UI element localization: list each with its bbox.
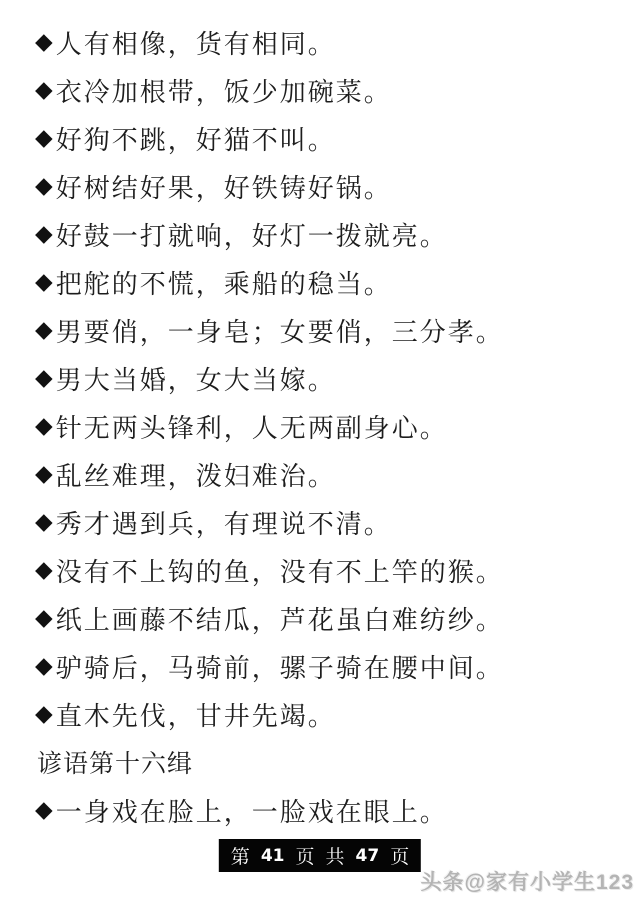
- proverb-text: 乱丝难理，泼妇难治。: [56, 456, 336, 493]
- proverb-text: 把舵的不慌，乘船的稳当。: [56, 264, 392, 301]
- proverb-text: 一身戏在脸上，一脸戏在眼上。: [56, 792, 448, 829]
- proverb-line: ◆ 好狗不跳，好猫不叫。: [35, 114, 630, 162]
- diamond-bullet-icon: ◆: [35, 415, 53, 438]
- proverb-line: ◆ 没有不上钩的鱼，没有不上竿的猴。: [35, 546, 630, 594]
- proverb-text: 好鼓一打就响，好灯一拨就亮。: [56, 216, 448, 253]
- page-indicator: 第 41 页 共 47 页: [219, 839, 421, 872]
- diamond-bullet-icon: ◆: [35, 463, 53, 486]
- current-page-number: 41: [261, 846, 285, 866]
- page-indicator-label: 第: [231, 842, 250, 869]
- proverb-text: 秀才遇到兵，有理说不清。: [56, 504, 392, 541]
- proverb-text: 好狗不跳，好猫不叫。: [56, 120, 336, 157]
- diamond-bullet-icon: ◆: [35, 127, 53, 150]
- diamond-bullet-icon: ◆: [35, 703, 53, 726]
- page-indicator-label: 页: [390, 842, 409, 869]
- proverb-line: ◆ 针无两头锋利，人无两副身心。: [35, 402, 630, 450]
- proverb-line: ◆ 衣冷加根带，饭少加碗菜。: [35, 66, 630, 114]
- proverb-text: 驴骑后，马骑前，骡子骑在腰中间。: [56, 648, 504, 685]
- diamond-bullet-icon: ◆: [35, 319, 53, 342]
- diamond-bullet-icon: ◆: [35, 31, 53, 54]
- document-page: ◆ 人有相像，货有相同。 ◆ 衣冷加根带，饭少加碗菜。 ◆ 好狗不跳，好猫不叫。…: [0, 0, 640, 905]
- proverb-text: 衣冷加根带，饭少加碗菜。: [56, 72, 392, 109]
- diamond-bullet-icon: ◆: [35, 79, 53, 102]
- diamond-bullet-icon: ◆: [35, 271, 53, 294]
- page-indicator-label: 共: [326, 842, 345, 869]
- diamond-bullet-icon: ◆: [35, 559, 53, 582]
- page-indicator-label: 页: [295, 842, 314, 869]
- proverb-line: ◆ 好树结好果，好铁铸好锅。: [35, 162, 630, 210]
- diamond-bullet-icon: ◆: [35, 367, 53, 390]
- proverb-line: ◆ 纸上画藤不结瓜，芦花虽白难纺纱。: [35, 594, 630, 642]
- proverb-text: 针无两头锋利，人无两副身心。: [56, 408, 448, 445]
- diamond-bullet-icon: ◆: [35, 607, 53, 630]
- diamond-bullet-icon: ◆: [35, 511, 53, 534]
- watermark: 头条@家有小学生123: [420, 866, 634, 896]
- total-page-number: 47: [356, 846, 380, 866]
- proverb-text: 男要俏，一身皂；女要俏，三分孝。: [56, 312, 504, 349]
- proverb-line: ◆ 驴骑后，马骑前，骡子骑在腰中间。: [35, 642, 630, 690]
- proverb-text: 人有相像，货有相同。: [56, 24, 336, 61]
- proverb-line: ◆ 好鼓一打就响，好灯一拨就亮。: [35, 210, 630, 258]
- proverb-line: ◆ 把舵的不慌，乘船的稳当。: [35, 258, 630, 306]
- section-header-text: 谚语第十六缉: [37, 744, 193, 780]
- proverb-list: ◆ 人有相像，货有相同。 ◆ 衣冷加根带，饭少加碗菜。 ◆ 好狗不跳，好猫不叫。…: [35, 18, 630, 834]
- proverb-text: 好树结好果，好铁铸好锅。: [56, 168, 392, 205]
- proverb-text: 男大当婚，女大当嫁。: [56, 360, 336, 397]
- diamond-bullet-icon: ◆: [35, 799, 53, 822]
- proverb-line: ◆ 直木先伐，甘井先竭。: [35, 690, 630, 738]
- proverb-line: ◆ 男大当婚，女大当嫁。: [35, 354, 630, 402]
- section-header: 谚语第十六缉: [35, 738, 630, 786]
- proverb-line: ◆ 男要俏，一身皂；女要俏，三分孝。: [35, 306, 630, 354]
- proverb-text: 纸上画藤不结瓜，芦花虽白难纺纱。: [56, 600, 504, 637]
- proverb-line: ◆ 人有相像，货有相同。: [35, 18, 630, 66]
- diamond-bullet-icon: ◆: [35, 223, 53, 246]
- proverb-text: 没有不上钩的鱼，没有不上竿的猴。: [56, 552, 504, 589]
- proverb-text: 直木先伐，甘井先竭。: [56, 696, 336, 733]
- proverb-line: ◆ 乱丝难理，泼妇难治。: [35, 450, 630, 498]
- proverb-line: ◆ 一身戏在脸上，一脸戏在眼上。: [35, 786, 630, 834]
- proverb-line: ◆ 秀才遇到兵，有理说不清。: [35, 498, 630, 546]
- diamond-bullet-icon: ◆: [35, 175, 53, 198]
- diamond-bullet-icon: ◆: [35, 655, 53, 678]
